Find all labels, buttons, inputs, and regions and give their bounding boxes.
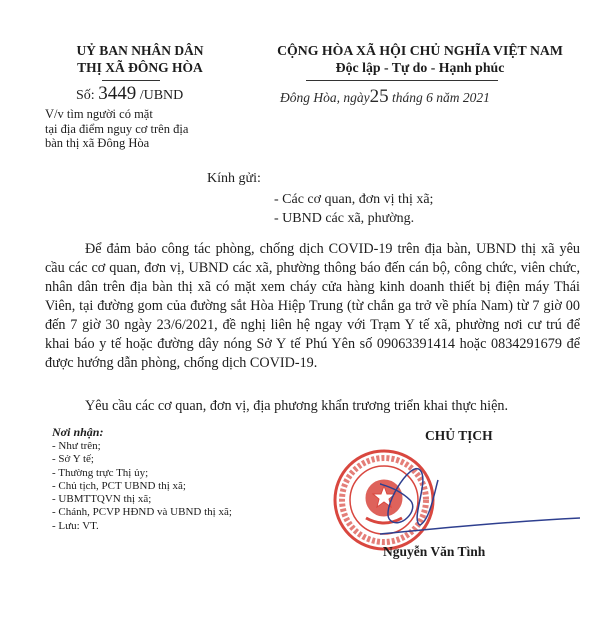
body-paragraph: Để đảm bảo công tác phòng, chống dịch CO… <box>45 240 580 373</box>
list-item: Chủ tịch, PCT UBND thị xã; <box>52 480 232 493</box>
list-item: Chánh, PCVP HĐND và UBND thị xã; <box>52 506 232 519</box>
agency-line-1: UỶ BAN NHÂN DÂN <box>60 42 220 59</box>
nation-line: CỘNG HÒA XÃ HỘI CHỦ NGHĨA VIỆT NAM <box>250 42 590 59</box>
date-line: Đông Hòa, ngày25 tháng 6 năm 2021 <box>280 86 490 108</box>
agency-line-2: THỊ XÃ ĐÔNG HÒA <box>60 59 220 76</box>
document-subject: V/v tìm người có mặt tại địa điểm nguy c… <box>45 107 245 151</box>
list-item: Sở Y tế; <box>52 453 232 466</box>
signer-name: Nguyễn Văn Tình <box>383 544 485 560</box>
national-header: CỘNG HÒA XÃ HỘI CHỦ NGHĨA VIỆT NAM Độc l… <box>250 42 590 76</box>
addressee-list: - Các cơ quan, đơn vị thị xã; - UBND các… <box>274 190 433 228</box>
list-item: Thường trực Thị ủy; <box>52 467 232 480</box>
list-item: UBMTTQVN thị xã; <box>52 493 232 506</box>
list-item: Như trên; <box>52 440 232 453</box>
motto: Độc lập - Tự do - Hạnh phúc <box>250 59 590 76</box>
agency-underline <box>102 80 160 81</box>
motto-underline <box>306 80 498 81</box>
recipients-list: Như trên; Sở Y tế; Thường trực Thị ủy; C… <box>52 440 232 533</box>
signature-scribble-icon <box>380 460 580 540</box>
doc-number-value: 3449 <box>98 83 136 104</box>
greeting-label: Kính gửi: <box>207 171 261 187</box>
recipients-title: Nơi nhận: <box>52 425 103 440</box>
signer-title: CHỦ TỊCH <box>425 428 493 444</box>
document-number: Số: 3449 /UBND <box>76 83 183 105</box>
list-item: Lưu: VT. <box>52 520 232 533</box>
issuing-agency: UỶ BAN NHÂN DÂN THỊ XÃ ĐÔNG HÒA <box>60 42 220 76</box>
closing-paragraph: Yêu cầu các cơ quan, đơn vị, địa phương … <box>85 398 508 415</box>
